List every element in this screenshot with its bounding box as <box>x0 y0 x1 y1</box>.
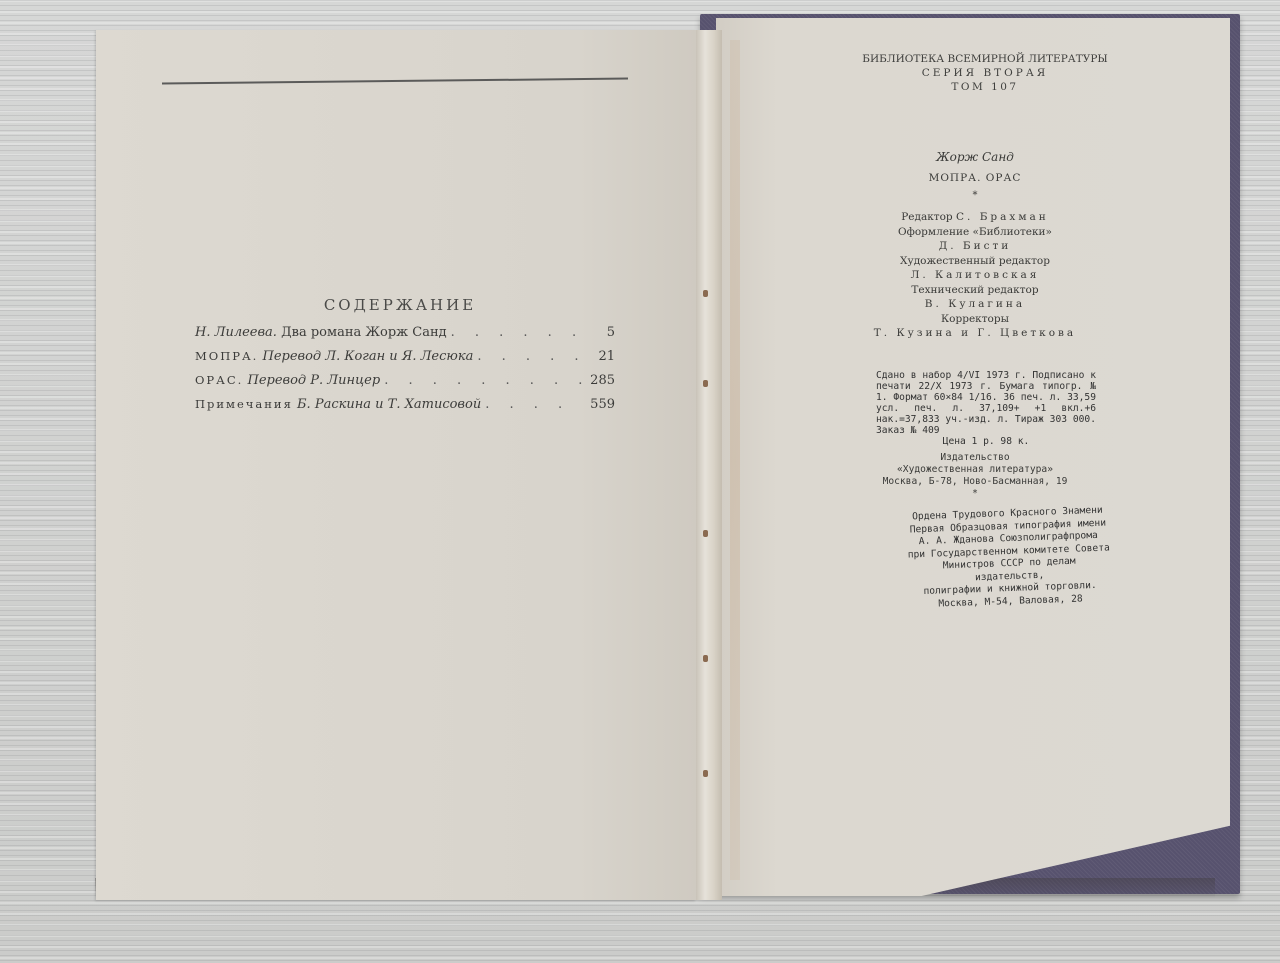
toc-entry-title: Два романа Жорж Санд <box>281 325 447 340</box>
publisher-name: «Художественная литература» <box>820 464 1130 476</box>
credit-name: С. Брахман <box>956 211 1049 223</box>
toc-entry-author: МОПРА. <box>195 349 258 363</box>
toc-title: СОДЕРЖАНИЕ <box>300 296 500 314</box>
toc-entry-title: Перевод Л. Коган и Я. Лесюка <box>262 349 473 364</box>
series-number: СЕРИЯ ВТОРАЯ <box>840 66 1130 80</box>
toc-leader-dots: . . . . . . . <box>477 349 583 364</box>
book-author: Жорж Санд <box>820 150 1130 164</box>
credits-block: Редактор С. Брахман Оформление «Библиоте… <box>820 210 1130 341</box>
credit-editor: Редактор С. Брахман <box>820 210 1130 225</box>
printer-block: Ордена Трудового Красного Знамени Первая… <box>904 504 1113 611</box>
binding-stitch <box>703 770 708 777</box>
toc-leader-dots: . . . . . . . . . . <box>451 325 583 340</box>
toc-entry-title: Б. Раскина и Т. Хатисовой <box>297 397 481 412</box>
series-imprint: БИБЛИОТЕКА ВСЕМИРНОЙ ЛИТЕРАТУРЫ СЕРИЯ ВТ… <box>840 52 1130 94</box>
print-details: Сдано в набор 4/VI 1973 г. Подписано к п… <box>876 370 1096 436</box>
volume-number: ТОМ 107 <box>840 80 1130 94</box>
credit-name: В. Кулагина <box>820 297 1130 312</box>
publisher-label: Издательство <box>820 452 1130 464</box>
toc-entry: Примечания Б. Раскина и Т. Хатисовой . .… <box>195 397 615 421</box>
separator-star: * <box>820 488 1130 500</box>
toc-entry-author: Н. Лилеева. <box>195 325 277 340</box>
binding-stitch <box>703 530 708 537</box>
separator-star: * <box>820 190 1130 201</box>
toc-entry-title: Перевод Р. Линцер <box>247 373 380 388</box>
toc-leader-dots: . . . . . . . . . . . . <box>384 373 583 388</box>
book-works: МОПРА. ОРАС <box>820 172 1130 184</box>
toc-leader-dots: . . . . . . <box>485 397 583 412</box>
toc-page-number: 5 <box>587 325 615 340</box>
publisher-address: Москва, Б-78, Ново-Басманная, 19 <box>820 476 1130 488</box>
credit-role: Художественный редактор <box>820 254 1130 269</box>
price: Цена 1 р. 98 к. <box>876 436 1096 447</box>
toc-page-number: 559 <box>587 397 615 412</box>
credit-name: Л. Калитовская <box>820 268 1130 283</box>
toc-entry: МОПРА. Перевод Л. Коган и Я. Лесюка . . … <box>195 349 615 373</box>
gutter-stain <box>730 40 740 880</box>
left-page <box>96 30 696 900</box>
book-spine-gutter <box>696 30 722 900</box>
toc-entry: ОРАС. Перевод Р. Линцер . . . . . . . . … <box>195 373 615 397</box>
table-of-contents: Н. Лилеева. Два романа Жорж Санд . . . .… <box>195 325 615 421</box>
credit-role: Оформление «Библиотеки» <box>820 225 1130 240</box>
toc-entry: Н. Лилеева. Два романа Жорж Санд . . . .… <box>195 325 615 349</box>
credit-role: Корректоры <box>820 312 1130 327</box>
credit-name: Т. Кузина и Г. Цветкова <box>820 326 1130 341</box>
toc-page-number: 21 <box>587 349 615 364</box>
series-name: БИБЛИОТЕКА ВСЕМИРНОЙ ЛИТЕРАТУРЫ <box>840 52 1130 66</box>
publisher-block: Издательство «Художественная литература»… <box>820 452 1130 500</box>
toc-entry-author: Примечания <box>195 397 293 411</box>
print-info: Сдано в набор 4/VI 1973 г. Подписано к п… <box>876 370 1096 447</box>
credit-role: Технический редактор <box>820 283 1130 298</box>
binding-stitch <box>703 380 708 387</box>
credit-name: Д. Бисти <box>820 239 1130 254</box>
binding-stitch <box>703 655 708 662</box>
credit-role: Редактор <box>901 211 952 223</box>
binding-stitch <box>703 290 708 297</box>
toc-entry-author: ОРАС. <box>195 373 243 387</box>
toc-page-number: 285 <box>587 373 615 388</box>
